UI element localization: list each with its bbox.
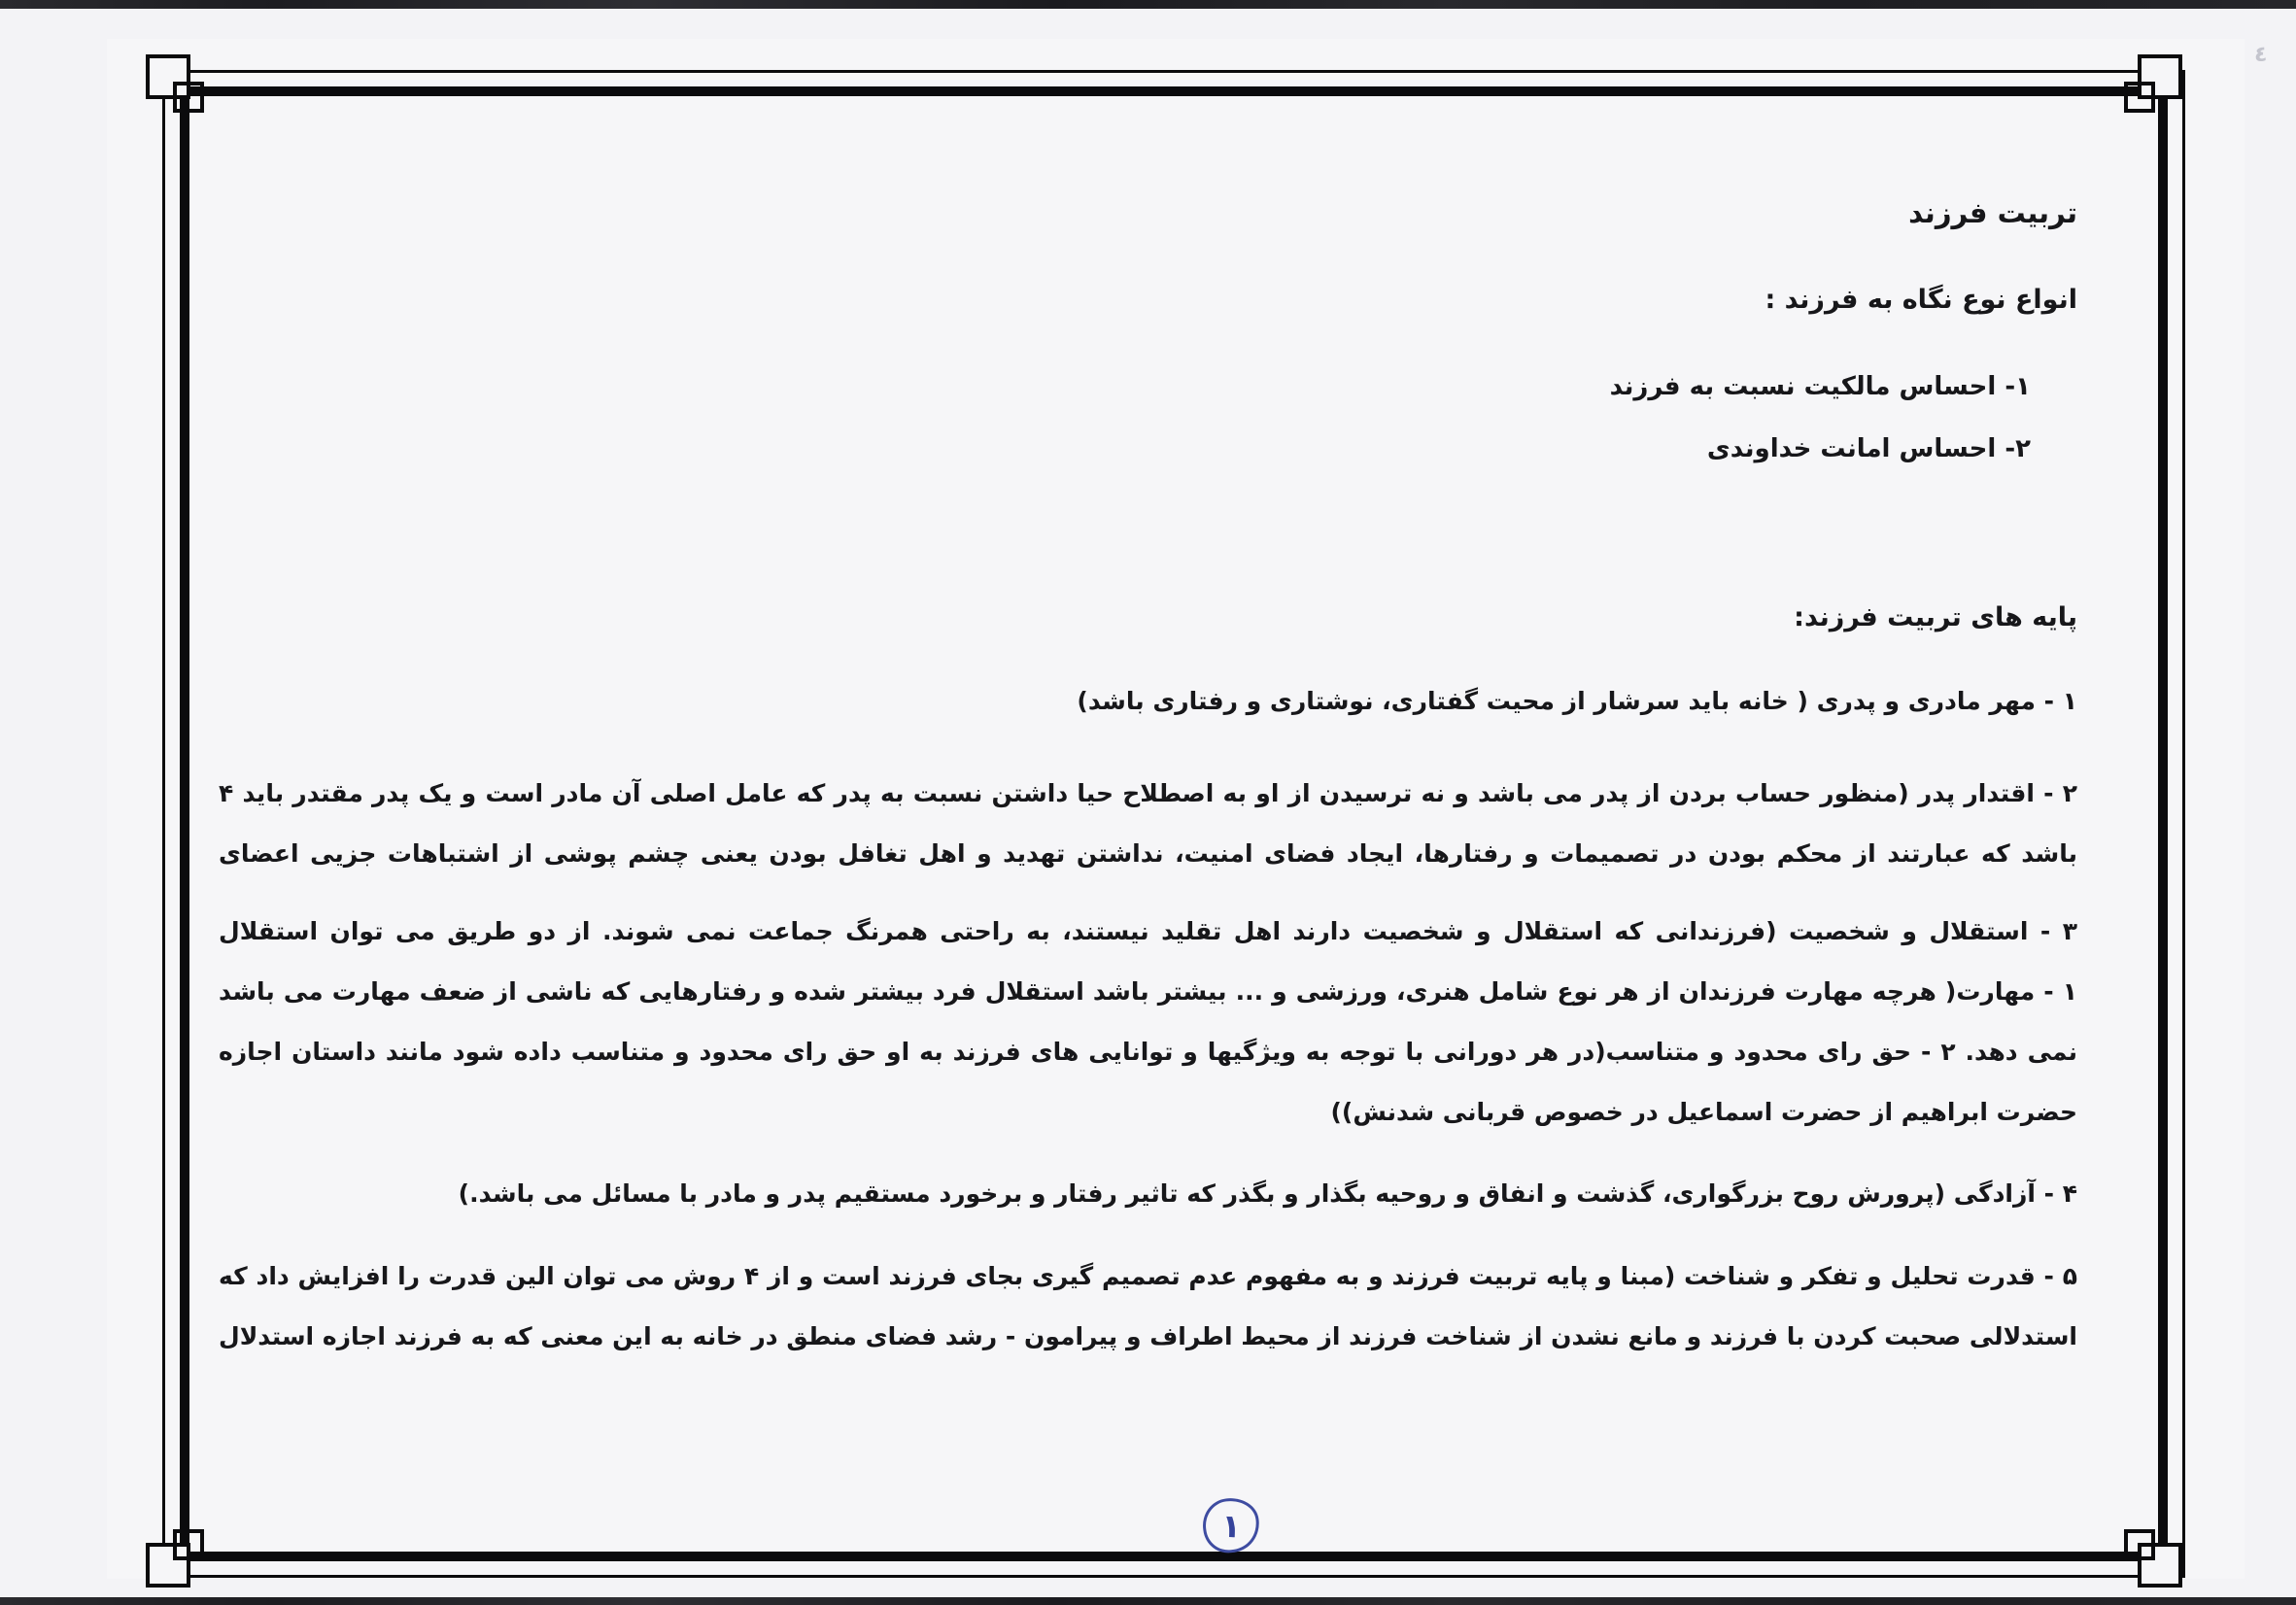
paragraph-line: ۵ - قدرت تحلیل و تفکر و شناخت (مبنا و پا… (219, 1246, 2077, 1307)
paragraph-line: نمی دهد. ۲ - حق رای محدود و متناسب(در هر… (219, 1022, 2077, 1082)
page-number: ۱ (1220, 1509, 1242, 1542)
paragraph-5: ۵ - قدرت تحلیل و تفکر و شناخت (مبنا و پا… (219, 1246, 2077, 1367)
frame-corner-ornament-bottom-right (2099, 1504, 2182, 1588)
paragraph-line: استدلالی صحبت کردن با فرزند و مانع نشدن … (219, 1307, 2077, 1367)
paragraph-line: ۴ - آزادگی (پرورش روح بزرگواری، گذشت و ا… (219, 1164, 2077, 1224)
paragraph-line: ۲ - اقتدار پدر (منظور حساب بردن از پدر م… (219, 764, 2077, 824)
document-subtitle: انواع نوع نگاه به فرزند : (219, 285, 2077, 315)
paragraph-line: باشد که عبارتند از محکم بودن در تصمیمات … (219, 824, 2077, 884)
corner-square-inner (173, 1529, 204, 1560)
frame-corner-ornament-bottom-left (146, 1504, 229, 1588)
frame-corner-ornament-top-right (2099, 54, 2182, 138)
document-title: تربیت فرزند (219, 196, 2077, 229)
paragraph-2: ۲ - اقتدار پدر (منظور حساب بردن از پدر م… (219, 764, 2077, 884)
paragraph-line: ۱ - مهر مادری و پدری ( خانه باید سرشار ا… (219, 671, 2077, 732)
paragraph-line: ۱ - مهارت( هرچه مهارت فرزندان از هر نوع … (219, 962, 2077, 1022)
section-heading: پایه های تربیت فرزند: (219, 602, 2077, 632)
scanned-page: ٤ تربیت فرزند انواع نوع نگاه به فرزند : … (0, 0, 2296, 1605)
frame-corner-ornament-top-left (146, 54, 229, 138)
paragraph-line: ۳ - استقلال و شخصیت (فرزندانی که استقلال… (219, 902, 2077, 962)
paragraph-line: حضرت ابراهیم از حضرت اسماعیل در خصوص قرب… (219, 1082, 2077, 1143)
paragraph-1: ۱ - مهر مادری و پدری ( خانه باید سرشار ا… (219, 671, 2077, 732)
paragraph-3: ۳ - استقلال و شخصیت (فرزندانی که استقلال… (219, 902, 2077, 1143)
document-content: تربیت فرزند انواع نوع نگاه به فرزند : ۱-… (219, 0, 2077, 1605)
corner-square-inner (173, 82, 204, 113)
corner-square-inner (2124, 82, 2155, 113)
view-type-item-1: ۱- احساس مالکیت نسبت به فرزند (219, 372, 2031, 401)
paragraph-4: ۴ - آزادگی (پرورش روح بزرگواری، گذشت و ا… (219, 1164, 2077, 1224)
view-type-item-2: ۲- احساس امانت خداوندی (219, 434, 2031, 463)
corner-square-inner (2124, 1529, 2155, 1560)
faint-pencil-mark: ٤ (2254, 43, 2267, 67)
